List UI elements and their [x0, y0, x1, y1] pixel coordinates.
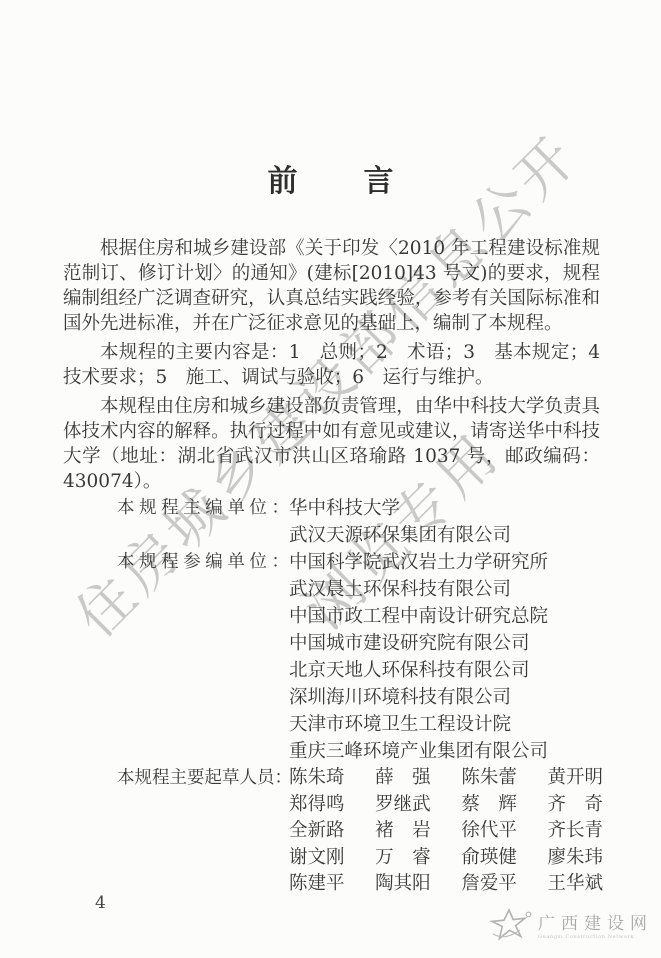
drafter-name: 詹爱平 [461, 871, 517, 898]
preface-paragraphs: 根据住房和城乡建设部《关于印发〈2010 年工程建设标准规范制订、修订计划〉的通… [63, 236, 600, 494]
drafter-name: 郑得鸣 [289, 792, 345, 819]
chief-editor-row: 本规程主编单位： 华中科技大学武汉天源环保集团有限公司 [63, 495, 603, 549]
drafter-name: 全新路 [289, 818, 345, 845]
participating-editor-unit: 中国市政工程中南设计研究总院 [289, 603, 603, 630]
drafter-name-rows: 陈朱琦薛 强陈朱蕾黄开明郑得鸣罗继武蔡 辉齐 奇全新路褚 岩徐代平齐长青谢文刚万… [289, 765, 603, 898]
drafter-name: 齐 奇 [547, 792, 603, 819]
drafter-name: 俞瑛健 [461, 845, 517, 872]
site-logo-text: 广西建设网 [538, 914, 653, 934]
participating-editor-unit: 重庆三峰环境产业集团有限公司 [289, 738, 603, 765]
page-content: 前 言 根据住房和城乡建设部《关于印发〈2010 年工程建设标准规范制订、修订计… [0, 0, 661, 958]
site-logo-tagline: Guangxi Construction Network [538, 934, 634, 940]
drafter-name: 万 睿 [375, 845, 431, 872]
drafter-name: 谢文刚 [289, 845, 345, 872]
drafter-row: 郑得鸣罗继武蔡 辉齐 奇 [289, 792, 603, 819]
preface-paragraph: 本规程的主要内容是：1 总则；2 术语；3 基本规定；4 技术要求；5 施工、调… [63, 340, 600, 390]
drafter-row: 陈建平陶其阳詹爱平王华斌 [289, 871, 603, 898]
drafter-name: 陶其阳 [375, 871, 431, 898]
participating-editor-unit: 深圳海川环境科技有限公司 [289, 684, 603, 711]
chief-editor-unit: 华中科技大学 [289, 495, 603, 522]
drafters-row: 本规程主要起草人员： 陈朱琦薛 强陈朱蕾黄开明郑得鸣罗继武蔡 辉齐 奇全新路褚 … [63, 765, 603, 898]
organizations-section: 本规程主编单位： 华中科技大学武汉天源环保集团有限公司 本规程参编单位： 中国科… [63, 495, 603, 898]
chief-editor-unit: 武汉天源环保集团有限公司 [289, 522, 603, 549]
drafters-label: 本规程主要起草人员： [117, 765, 289, 898]
drafter-name: 黄开明 [547, 765, 603, 792]
site-logo-text-column: 广西建设网 Guangxi Construction Network [538, 914, 653, 940]
chief-editor-units: 华中科技大学武汉天源环保集团有限公司 [289, 495, 603, 549]
chief-editor-label: 本规程主编单位： [117, 495, 289, 549]
participating-editor-unit: 北京天地人环保科技有限公司 [289, 657, 603, 684]
site-logo: 广西建设网 Guangxi Construction Network [487, 904, 653, 950]
participating-editor-unit: 天津市环境卫生工程设计院 [289, 711, 603, 738]
drafter-name: 薛 强 [375, 765, 431, 792]
drafter-name: 罗继武 [375, 792, 431, 819]
participating-editors-label: 本规程参编单位： [117, 549, 289, 765]
preface-paragraph: 本规程由住房和城乡建设部负责管理，由华中科技大学负责具体技术内容的解释。执行过程… [63, 394, 600, 494]
drafter-name: 陈建平 [289, 871, 345, 898]
drafter-name: 蔡 辉 [461, 792, 517, 819]
participating-editor-unit: 武汉晨土环保科技有限公司 [289, 576, 603, 603]
participating-editor-unit: 中国科学院武汉岩土力学研究所 [289, 549, 603, 576]
participating-editor-unit: 中国城市建设研究院有限公司 [289, 630, 603, 657]
participating-editors-row: 本规程参编单位： 中国科学院武汉岩土力学研究所武汉晨土环保科技有限公司中国市政工… [63, 549, 603, 765]
page-title: 前 言 [63, 156, 600, 200]
drafter-name: 陈朱蕾 [461, 765, 517, 792]
page-number: 4 [95, 893, 106, 913]
star-icon [487, 904, 533, 950]
drafter-name: 王华斌 [547, 871, 603, 898]
drafter-name: 徐代平 [461, 818, 517, 845]
drafter-row: 谢文刚万 睿俞瑛健廖朱玮 [289, 845, 603, 872]
participating-editors-units: 中国科学院武汉岩土力学研究所武汉晨土环保科技有限公司中国市政工程中南设计研究总院… [289, 549, 603, 765]
drafter-row: 全新路褚 岩徐代平齐长青 [289, 818, 603, 845]
drafter-row: 陈朱琦薛 强陈朱蕾黄开明 [289, 765, 603, 792]
drafter-name: 齐长青 [547, 818, 603, 845]
drafter-name: 陈朱琦 [289, 765, 345, 792]
document-page: 住房城乡建设部信息公开 浏览专用 前 言 根据住房和城乡建设部《关于印发〈201… [0, 0, 661, 958]
preface-paragraph: 根据住房和城乡建设部《关于印发〈2010 年工程建设标准规范制订、修订计划〉的通… [63, 236, 600, 336]
drafter-name: 褚 岩 [375, 818, 431, 845]
drafter-name: 廖朱玮 [547, 845, 603, 872]
